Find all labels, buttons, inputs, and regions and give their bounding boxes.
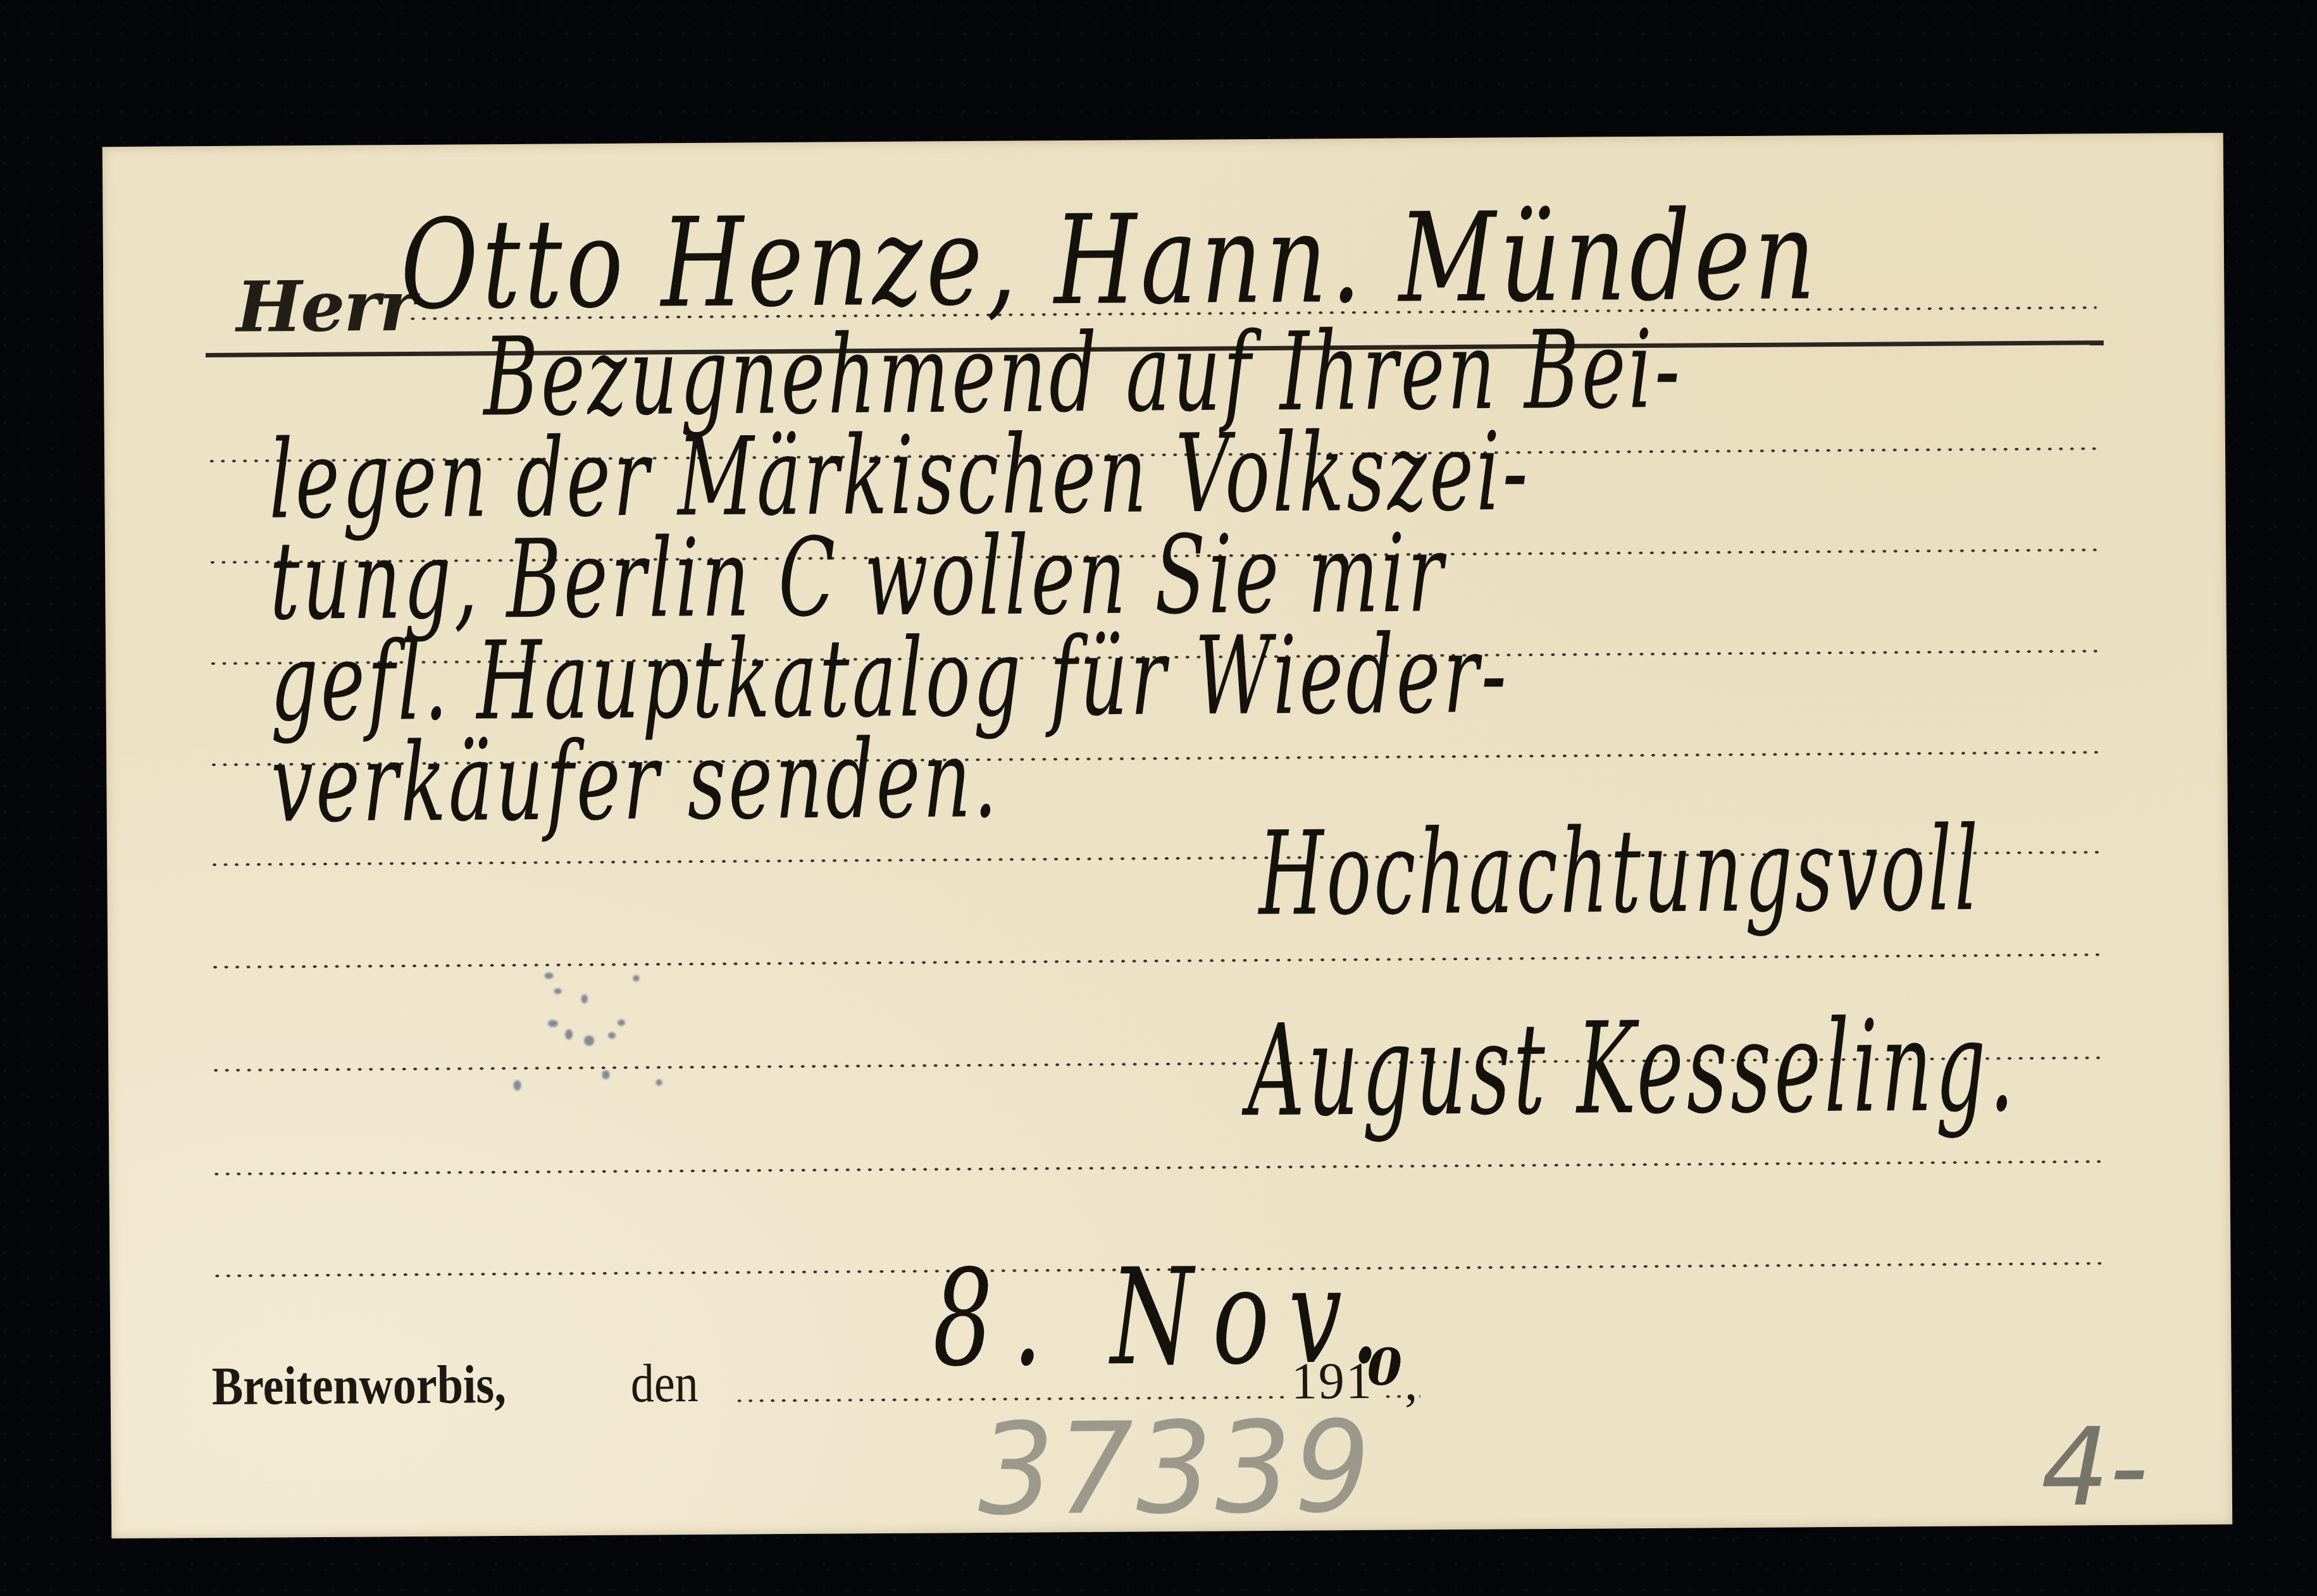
- stamp-speck: [584, 1036, 594, 1046]
- stamp-speck: [633, 975, 639, 982]
- pencil-corner-mark: 4-: [2041, 1405, 2149, 1531]
- stamp-speck: [514, 1080, 521, 1091]
- year-comma: ,: [1404, 1352, 1417, 1412]
- stamp-speck: [608, 1032, 616, 1039]
- stamp-speck: [554, 988, 562, 994]
- closing-phrase: Hochachtungsvoll: [1258, 801, 1982, 941]
- stamp-speck: [548, 1020, 558, 1027]
- ruled-line-8: [211, 1160, 2106, 1176]
- stamp-speck: [565, 1029, 573, 1039]
- printed-salutation: Herr: [236, 265, 415, 348]
- stamp-speck: [656, 1079, 662, 1086]
- year-handwritten-digit: 0: [1367, 1337, 1402, 1397]
- stamp-speck: [618, 1020, 625, 1026]
- pencil-archive-number: 37339: [978, 1394, 1374, 1538]
- printed-place-name: Breitenworbis,: [211, 1352, 506, 1418]
- stamp-speck: [581, 994, 588, 1003]
- postcard: Herr Otto Henze, Hann. Münden Bezugnehme…: [102, 133, 2233, 1538]
- body-line-5: verkäufer senden.: [271, 715, 1000, 847]
- stamp-speck: [602, 1070, 609, 1079]
- ruled-line-6: [209, 953, 2104, 969]
- printed-den-label: den: [630, 1351, 698, 1415]
- stamp-speck: [544, 972, 553, 979]
- signature: August Kesseling.: [1247, 993, 2018, 1145]
